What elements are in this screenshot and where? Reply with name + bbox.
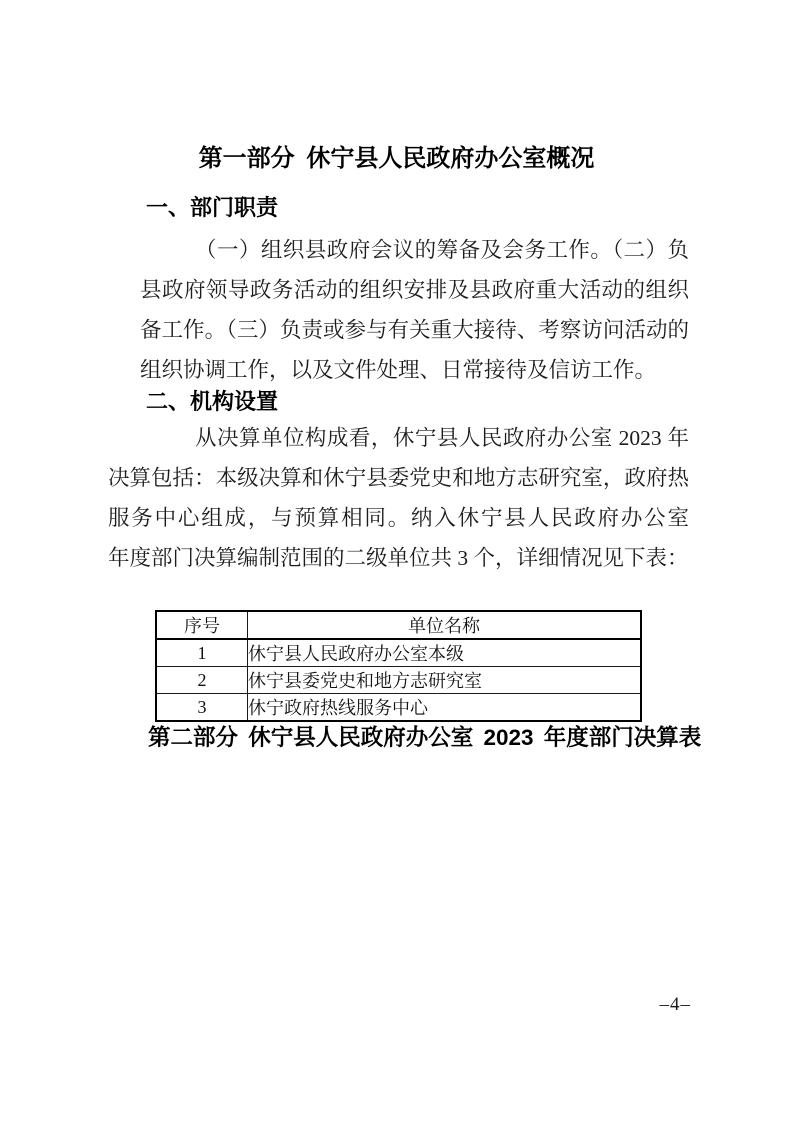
part2-title: 第二部分 休宁县人民政府办公室 2023 年度部门决算表 <box>148 725 701 751</box>
unit-index: 1 <box>156 639 248 667</box>
units-table: 序号 单位名称 1 休宁县人民政府办公室本级 2 休宁县委党史和地方志研究室 3… <box>155 610 642 722</box>
unit-name: 休宁县人民政府办公室本级 <box>248 639 642 667</box>
paragraph-line: （一）组织县政府会议的筹备及会务工作。（二）负责 <box>140 230 689 270</box>
table-row: 2 休宁县委党史和地方志研究室 <box>156 667 641 694</box>
unit-index: 3 <box>156 694 248 722</box>
unit-name: 休宁县委党史和地方志研究室 <box>248 667 642 694</box>
section-heading-organization: 二、机构设置 <box>146 390 278 414</box>
section-heading-duties: 一、部门职责 <box>146 196 278 220</box>
table-row: 1 休宁县人民政府办公室本级 <box>156 639 641 667</box>
units-table-header-no: 序号 <box>156 611 248 639</box>
duties-paragraph: （一）组织县政府会议的筹备及会务工作。（二）负责 县政府领导政务活动的组织安排及… <box>140 230 689 390</box>
table-row: 3 休宁政府热线服务中心 <box>156 694 641 722</box>
paragraph-line: 备工作。（三）负责或参与有关重大接待、考察访问活动的 <box>140 310 689 350</box>
paragraph-line: 从决算单位构成看，休宁县人民政府办公室 2023 年度部门 <box>108 418 689 458</box>
organization-paragraph: 从决算单位构成看，休宁县人民政府办公室 2023 年度部门 决算包括：本级决算和… <box>108 418 689 578</box>
paragraph-line: 组织协调工作，以及文件处理、日常接待及信访工作。 <box>140 350 689 390</box>
document-page: 第一部分 休宁县人民政府办公室概况 一、部门职责 （一）组织县政府会议的筹备及会… <box>0 0 793 1122</box>
units-table-header-row: 序号 单位名称 <box>156 611 641 639</box>
unit-index: 2 <box>156 667 248 694</box>
paragraph-line: 县政府领导政务活动的组织安排及县政府重大活动的组织筹 <box>140 270 689 310</box>
paragraph-line: 服务中心组成，与预算相同。纳入休宁县人民政府办公室 2023 <box>108 498 689 538</box>
paragraph-line: 决算包括：本级决算和休宁县委党史和地方志研究室，政府热线 <box>108 458 689 498</box>
unit-name: 休宁政府热线服务中心 <box>248 694 642 722</box>
part1-title: 第一部分 休宁县人民政府办公室概况 <box>0 144 793 174</box>
units-table-header-name: 单位名称 <box>248 611 642 639</box>
page-number: –4– <box>660 995 692 1015</box>
paragraph-line: 年度部门决算编制范围的二级单位共 3 个，详细情况见下表： <box>108 538 689 578</box>
